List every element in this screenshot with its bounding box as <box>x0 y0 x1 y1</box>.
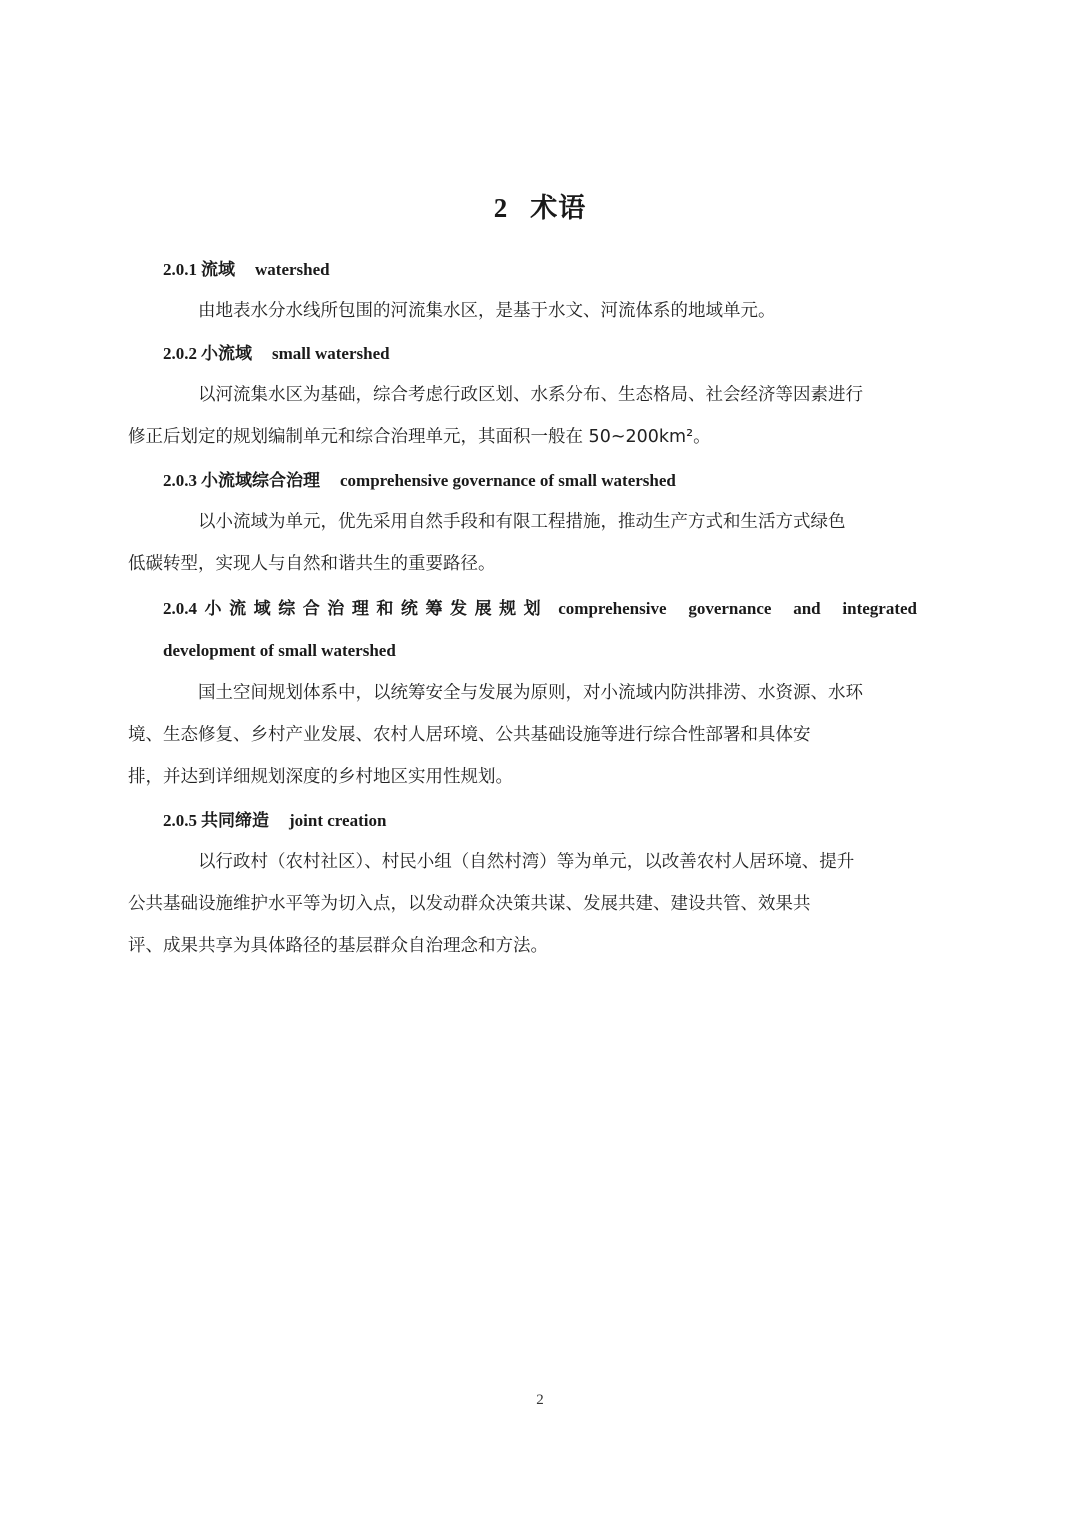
term-english: comprehensive governance and integrated <box>558 599 917 618</box>
term-english-continued: development of small watershed <box>163 630 917 672</box>
term-code: 2.0.3 <box>163 467 197 495</box>
term-code: 2.0.1 <box>163 256 197 284</box>
term-code: 2.0.5 <box>163 807 197 835</box>
term-english: small watershed <box>272 340 390 368</box>
term-chinese: 小流域综合治理 <box>201 467 320 495</box>
term-definition: 由地表水分水线所包围的河流集水区，是基于水文、河流体系的地域单元。 <box>163 290 917 332</box>
term-heading: 2.0.2小流域small watershed <box>163 334 917 374</box>
definition-line: 修正后划定的规划编制单元和综合治理单元，其面积一般在 50~200km²。 <box>128 416 917 458</box>
term-definition: 以行政村（农村社区）、村民小组（自然村湾）等为单元，以改善农村人居环境、提升 公… <box>163 841 917 967</box>
term-section-2-0-3: 2.0.3小流域综合治理comprehensive governance of … <box>163 461 917 585</box>
definition-line: 以行政村（农村社区）、村民小组（自然村湾）等为单元，以改善农村人居环境、提升 <box>163 841 917 883</box>
definition-line: 评、成果共享为具体路径的基层群众自治理念和方法。 <box>128 925 917 967</box>
chapter-number: 2 <box>494 193 509 223</box>
term-section-2-0-4: 2.0.4小流域综合治理和统筹发展规划comprehensive governa… <box>163 588 917 798</box>
definition-line: 以小流域为单元，优先采用自然手段和有限工程措施，推动生产方式和生活方式绿色 <box>163 501 917 543</box>
definition-line: 低碳转型，实现人与自然和谐共生的重要路径。 <box>128 543 917 585</box>
term-chinese: 小流域综合治理和统筹发展规划 <box>201 599 548 618</box>
term-heading: 2.0.3小流域综合治理comprehensive governance of … <box>163 461 917 501</box>
term-chinese: 共同缔造 <box>201 807 269 835</box>
chapter-title-text: 术语 <box>530 193 586 223</box>
term-heading: 2.0.4小流域综合治理和统筹发展规划comprehensive governa… <box>163 588 917 630</box>
term-section-2-0-2: 2.0.2小流域small watershed 以河流集水区为基础，综合考虑行政… <box>163 334 917 458</box>
term-heading: 2.0.5共同缔造joint creation <box>163 801 917 841</box>
term-definition: 以河流集水区为基础，综合考虑行政区划、水系分布、生态格局、社会经济等因素进行 修… <box>163 374 917 458</box>
definition-line: 由地表水分水线所包围的河流集水区，是基于水文、河流体系的地域单元。 <box>163 290 917 332</box>
term-definition: 以小流域为单元，优先采用自然手段和有限工程措施，推动生产方式和生活方式绿色 低碳… <box>163 501 917 585</box>
definition-line: 境、生态修复、乡村产业发展、农村人居环境、公共基础设施等进行综合性部署和具体安 <box>128 714 917 756</box>
term-definition: 国土空间规划体系中，以统筹安全与发展为原则，对小流域内防洪排涝、水资源、水环 境… <box>163 672 917 798</box>
term-section-2-0-5: 2.0.5共同缔造joint creation 以行政村（农村社区）、村民小组（… <box>163 801 917 967</box>
term-english: watershed <box>255 256 330 284</box>
term-chinese: 小流域 <box>201 340 252 368</box>
term-code: 2.0.2 <box>163 340 197 368</box>
term-chinese: 流域 <box>201 256 235 284</box>
chapter-title: 2术语 <box>0 188 1080 228</box>
definition-line: 公共基础设施维护水平等为切入点，以发动群众决策共谋、发展共建、建设共管、效果共 <box>128 883 917 925</box>
definition-line: 排，并达到详细规划深度的乡村地区实用性规划。 <box>128 756 917 798</box>
term-english: comprehensive governance of small waters… <box>340 467 676 495</box>
term-section-2-0-1: 2.0.1流域watershed 由地表水分水线所包围的河流集水区，是基于水文、… <box>163 250 917 332</box>
definition-line: 以河流集水区为基础，综合考虑行政区划、水系分布、生态格局、社会经济等因素进行 <box>163 374 917 416</box>
page-number: 2 <box>0 1392 1080 1409</box>
term-heading: 2.0.1流域watershed <box>163 250 917 290</box>
term-code: 2.0.4 <box>163 599 197 618</box>
document-page: 2术语 2.0.1流域watershed 由地表水分水线所包围的河流集水区，是基… <box>0 0 1080 1527</box>
definition-line: 国土空间规划体系中，以统筹安全与发展为原则，对小流域内防洪排涝、水资源、水环 <box>163 672 917 714</box>
term-english: joint creation <box>289 807 386 835</box>
